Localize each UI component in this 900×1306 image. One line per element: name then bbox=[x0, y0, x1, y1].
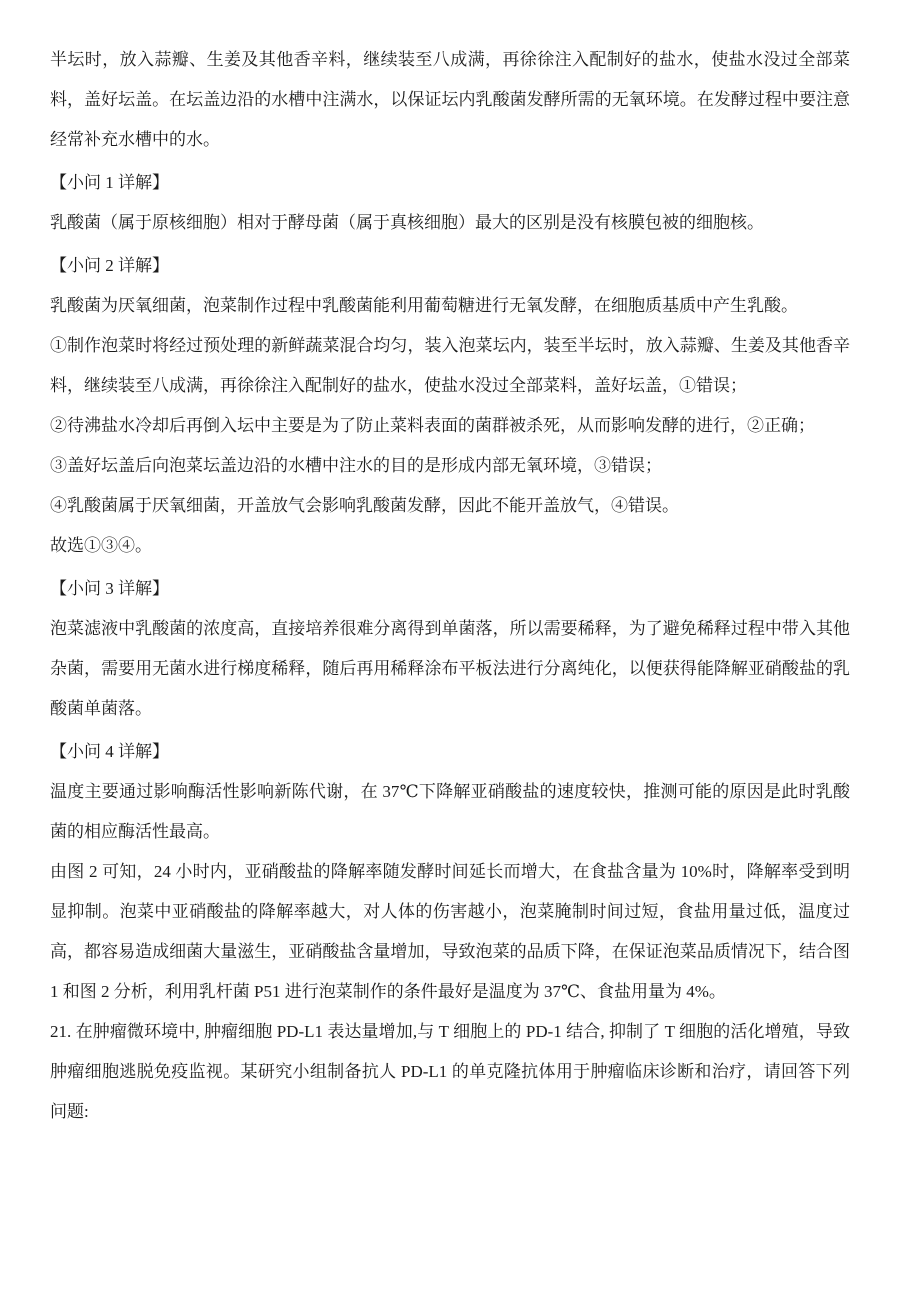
paragraph-question-21: 21. 在肿瘤微环境中, 肿瘤细胞 PD-L1 表达量增加,与 T 细胞上的 P… bbox=[50, 1012, 850, 1132]
paragraph-option-1-analysis: ①制作泡菜时将经过预处理的新鲜蔬菜混合均匀，装入泡菜坛内，装至半坛时，放入蒜瓣、… bbox=[50, 326, 850, 406]
paragraph-subquestion-1-answer: 乳酸菌（属于原核细胞）相对于酵母菌（属于真核细胞）最大的区别是没有核膜包被的细胞… bbox=[50, 203, 850, 243]
paragraph-subquestion-2-answer: 乳酸菌为厌氧细菌，泡菜制作过程中乳酸菌能利用葡萄糖进行无氧发酵，在细胞质基质中产… bbox=[50, 286, 850, 326]
paragraph-subquestion-3-answer: 泡菜滤液中乳酸菌的浓度高，直接培养很难分离得到单菌落，所以需要稀释，为了避免稀释… bbox=[50, 609, 850, 729]
paragraph-option-4-analysis: ④乳酸菌属于厌氧细菌，开盖放气会影响乳酸菌发酵，因此不能开盖放气，④错误。 bbox=[50, 486, 850, 526]
paragraph-option-2-analysis: ②待沸盐水冷却后再倒入坛中主要是为了防止菜料表面的菌群被杀死，从而影响发酵的进行… bbox=[50, 406, 850, 446]
paragraph-option-3-analysis: ③盖好坛盖后向泡菜坛盖边沿的水槽中注水的目的是形成内部无氧环境，③错误； bbox=[50, 446, 850, 486]
heading-subquestion-2: 【小问 2 详解】 bbox=[50, 243, 850, 286]
paragraph-subquestion-4-answer: 温度主要通过影响酶活性影响新陈代谢，在 37℃下降解亚硝酸盐的速度较快，推测可能… bbox=[50, 772, 850, 852]
paragraph-figure-analysis: 由图 2 可知，24 小时内，亚硝酸盐的降解率随发酵时间延长而增大，在食盐含量为… bbox=[50, 852, 850, 1012]
heading-subquestion-1: 【小问 1 详解】 bbox=[50, 160, 850, 203]
paragraph-pickle-procedure: 半坛时，放入蒜瓣、生姜及其他香辛料，继续装至八成满，再徐徐注入配制好的盐水，使盐… bbox=[50, 40, 850, 160]
paragraph-answer-choice: 故选①③④。 bbox=[50, 526, 850, 566]
heading-subquestion-3: 【小问 3 详解】 bbox=[50, 566, 850, 609]
heading-subquestion-4: 【小问 4 详解】 bbox=[50, 729, 850, 772]
document-page: 半坛时，放入蒜瓣、生姜及其他香辛料，继续装至八成满，再徐徐注入配制好的盐水，使盐… bbox=[0, 0, 900, 1306]
